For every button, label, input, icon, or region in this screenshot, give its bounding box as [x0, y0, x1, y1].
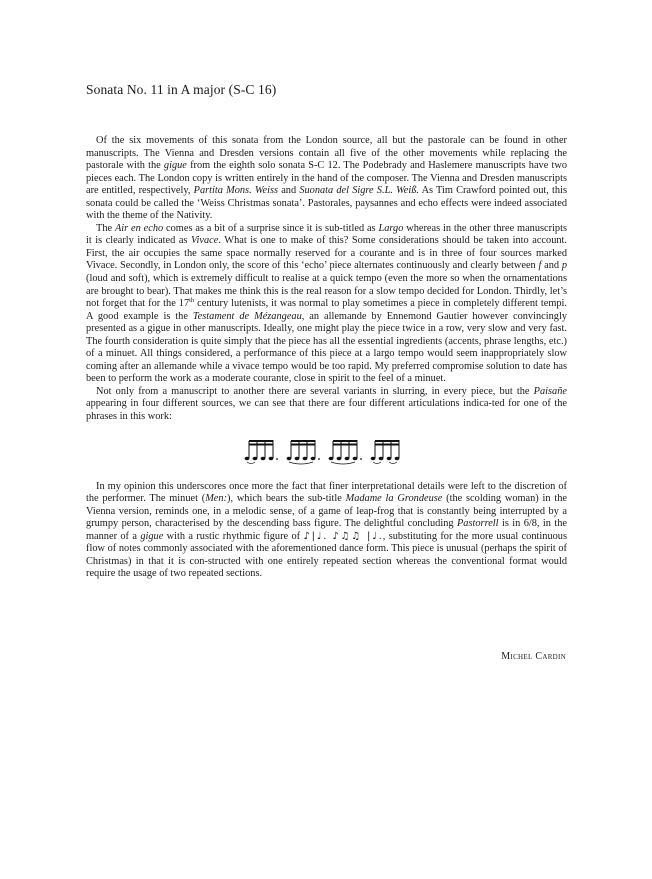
text-run: comes as a bit of a surprise since it is… [163, 223, 378, 234]
text-run: appearing in four different sources, we … [86, 398, 567, 422]
italic-term: Madame la Grondeuse [346, 493, 443, 504]
italic-term: Pastorrell [457, 518, 499, 529]
note-group-icon [370, 440, 399, 464]
text-run: Not only from a manuscript to another th… [96, 386, 534, 397]
italic-term: Vivace [191, 235, 218, 246]
italic-term: gigue [164, 160, 187, 171]
paragraph-2: The Air en echo comes as a bit of a surp… [86, 223, 567, 386]
text-run: The [96, 223, 115, 234]
italic-term: Men: [205, 493, 227, 504]
italic-term: Paisañe [534, 386, 567, 397]
note-group-icon [328, 440, 361, 464]
italic-term: Partita Mons. Weiss [194, 185, 278, 196]
text-run: and [541, 260, 561, 271]
italic-term: Suonata del Sigre S.L. Weiß. [299, 185, 419, 196]
italic-term: gigue [140, 531, 163, 542]
italic-term: Largo [378, 223, 403, 234]
paragraph-1: Of the six movements of this sonata from… [86, 135, 567, 223]
italic-term: p [562, 260, 567, 271]
author-signature: Michel Cardin [501, 651, 566, 662]
text-run: with a rustic rhythmic figure of [163, 531, 303, 542]
note-group-icon [286, 440, 319, 464]
note-group-icon [244, 440, 277, 464]
paragraph-4: In my opinion this underscores once more… [86, 481, 567, 581]
rhythm-figure-icon: ♪|♩. ♪♫♫ |♩. [303, 531, 382, 542]
italic-term: Air en echo [115, 223, 163, 234]
paragraph-3: Not only from a manuscript to another th… [86, 386, 567, 424]
page-title: Sonata No. 11 in A major (S-C 16) [86, 82, 276, 98]
article-body: Of the six movements of this sonata from… [86, 135, 567, 581]
italic-term: Testament de Mézangeau [193, 311, 302, 322]
text-run: and [278, 185, 299, 196]
text-run: ), which bears the sub-title [227, 493, 346, 504]
music-notation-example [242, 437, 412, 467]
